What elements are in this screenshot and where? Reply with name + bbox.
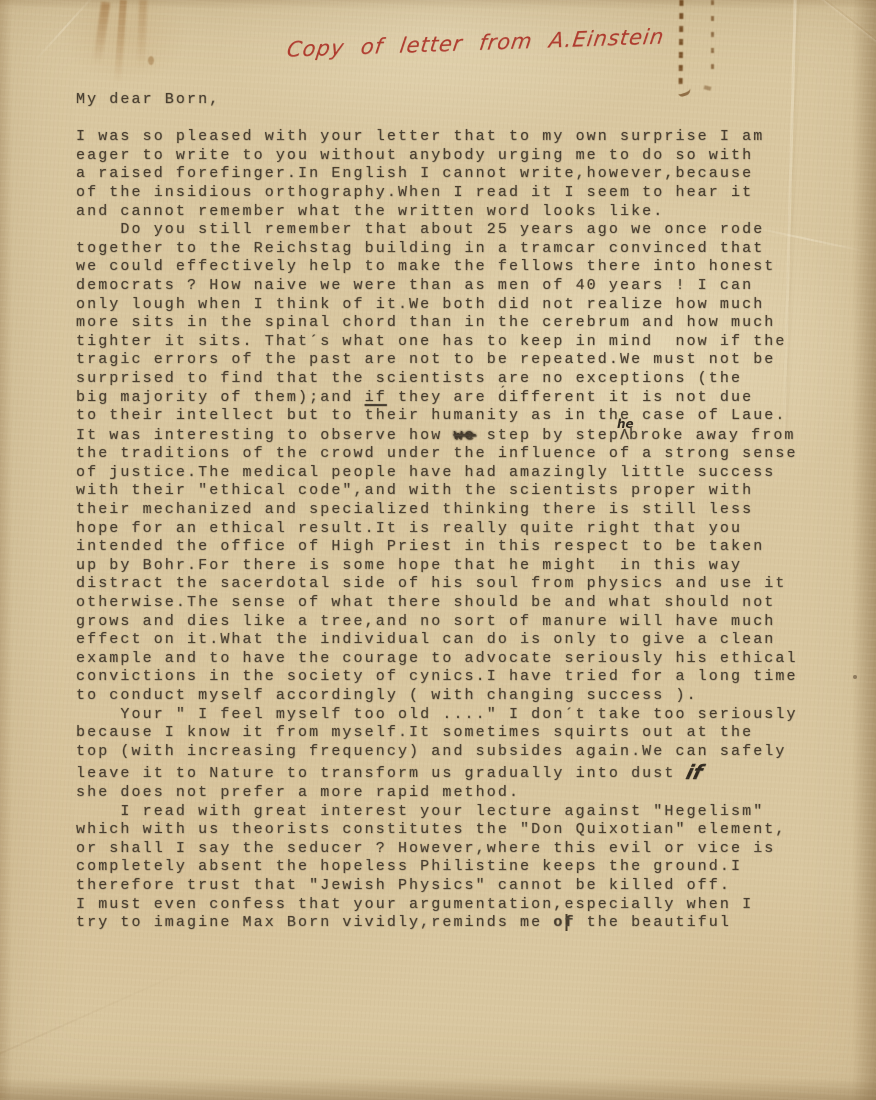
letter-segment: or shall I say the seducer ? However,whe…: [76, 840, 775, 857]
letter-segment: of the insidious orthography.When I read…: [76, 184, 753, 201]
letter-segment: tragic errors of the past are not to be …: [76, 351, 775, 368]
letter-line: tighter it sits. That´s what one has to …: [76, 333, 876, 352]
stitch-marks-left: [679, 0, 684, 90]
letter-body: My dear Born,I was so pleased with your …: [76, 91, 876, 933]
letter-line: we could effectively help to make the fe…: [76, 258, 876, 277]
letter-segment: My dear Born,: [76, 91, 220, 108]
letter-segment-hw: if: [684, 763, 704, 782]
letter-segment: their mechanized and specialized thinkin…: [76, 501, 753, 518]
letter-segment: more sits in the spinal chord than in th…: [76, 314, 775, 331]
letter-line: eager to write to you without anybody ur…: [76, 147, 876, 166]
letter-line: intended the office of High Priest in th…: [76, 538, 876, 557]
letter-segment: distract the sacerdotal side of his soul…: [76, 575, 787, 592]
letter-segment: a raised forefinger.In English I cannot …: [76, 165, 753, 182]
letter-segment: she does not prefer a more rapid method.: [76, 784, 520, 801]
rust-spot: [148, 56, 154, 65]
letter-segment-u: if: [365, 389, 387, 406]
letter-line: My dear Born,: [76, 91, 876, 110]
rust-streak: [114, 0, 127, 84]
letter-line: and cannot remember what the written wor…: [76, 203, 876, 222]
stitch-marks-right: [711, 0, 714, 80]
letter-segment-blot: of: [553, 914, 575, 931]
letter-segment: intended the office of High Priest in th…: [76, 538, 764, 555]
ink-spot: [704, 85, 712, 91]
letter-segment: try to imagine Max Born vividly,reminds …: [76, 914, 553, 931]
letter-segment: eager to write to you without anybody ur…: [76, 147, 753, 164]
letter-segment: therefore trust that "Jewish Physics" ca…: [76, 877, 731, 894]
letter-segment: up by Bohr.For there is some hope that h…: [76, 557, 742, 574]
crease: [33, 0, 98, 63]
letter-segment: the beautiful: [576, 914, 731, 931]
letter-line: distract the sacerdotal side of his soul…: [76, 575, 876, 594]
letter-line: [76, 110, 876, 129]
letter-line: tragic errors of the past are not to be …: [76, 351, 876, 370]
letter-line: top (with increasing frequency) and subs…: [76, 743, 876, 762]
letter-segment: Do you still remember that about 25 year…: [76, 221, 764, 238]
letter-segment: Your " I feel myself too old ...." I don…: [76, 706, 798, 723]
letter-segment: we could effectively help to make the fe…: [76, 258, 775, 275]
letter-segment: completely absent the hopeless Philistin…: [76, 858, 742, 875]
letter-line: It was interesting to observe how we ste…: [76, 426, 876, 446]
letter-line: big majority of them);and if they are ´d…: [76, 389, 876, 408]
letter-segment: convictions in the society of cynics.I h…: [76, 668, 798, 685]
letter-segment: tighter it sits. That´s what one has to …: [76, 333, 787, 350]
letter-segment: I read with great interest your lecture …: [76, 803, 764, 820]
letter-line: hope for an ethical result.It is really …: [76, 520, 876, 539]
letter-line: leave it to Nature to transform us gradu…: [76, 761, 876, 784]
letter-line: Your " I feel myself too old ...." I don…: [76, 706, 876, 725]
letter-segment: I must even confess that your argumentat…: [76, 896, 753, 913]
letter-segment: different it is not due: [498, 389, 753, 406]
letter-segment: otherwise.The sense of what there should…: [76, 594, 775, 611]
letter-segment: grows and dies like a tree,and no sort o…: [76, 613, 775, 630]
letter-line: with their "ethical code",and with the s…: [76, 482, 876, 501]
letter-line: more sits in the spinal chord than in th…: [76, 314, 876, 333]
letter-segment: leave it to Nature to transform us gradu…: [76, 765, 687, 782]
letter-line: of the insidious orthography.When I read…: [76, 184, 876, 203]
letter-line: only lough when I think of it.We both di…: [76, 296, 876, 315]
letter-line: a raised forefinger.In English I cannot …: [76, 165, 876, 184]
letter-segment: hope for an ethical result.It is really …: [76, 520, 742, 537]
letter-segment: and cannot remember what the written wor…: [76, 203, 664, 220]
letter-line: up by Bohr.For there is some hope that h…: [76, 557, 876, 576]
letter-line: I was so pleased with your letter that t…: [76, 128, 876, 147]
letter-segment: the traditions of the crowd under the in…: [76, 445, 798, 462]
letter-segment: together to the Reichstag building in a …: [76, 240, 764, 257]
letter-segment: step by step: [476, 427, 620, 444]
letter-segment: democrats ? How naive we were than as me…: [76, 277, 753, 294]
letter-line: which with us theorists constitutes the …: [76, 821, 876, 840]
rust-streak: [137, 0, 147, 70]
letter-segment: I was so pleased with your letter that t…: [76, 128, 764, 145]
letter-segment: of justice.The medical people have had a…: [76, 464, 775, 481]
letter-line: example and to have the courage to advoc…: [76, 650, 876, 669]
letter-page: Copy of letter from A.Einstein My dear B…: [0, 0, 876, 1100]
handwritten-annotation: Copy of letter from A.Einstein: [285, 24, 666, 61]
letter-line: therefore trust that "Jewish Physics" ca…: [76, 877, 876, 896]
letter-line: of justice.The medical people have had a…: [76, 464, 876, 483]
letter-line: convictions in the society of cynics.I h…: [76, 668, 876, 687]
letter-line: completely absent the hopeless Philistin…: [76, 858, 876, 877]
letter-segment-xo: we: [453, 427, 475, 444]
crease: [795, 0, 876, 82]
letter-segment: effect on it.What the individual can do …: [76, 631, 775, 648]
letter-line: she does not prefer a more rapid method.: [76, 784, 876, 803]
letter-segment: because I know it from myself.It sometim…: [76, 724, 753, 741]
letter-segment: which with us theorists constitutes the …: [76, 821, 787, 838]
letter-line: democrats ? How naive we were than as me…: [76, 277, 876, 296]
letter-line: I must even confess that your argumentat…: [76, 896, 876, 915]
letter-line: try to imagine Max Born vividly,reminds …: [76, 914, 876, 933]
letter-segment: top (with increasing frequency) and subs…: [76, 743, 787, 760]
letter-segment: broke away from: [629, 427, 796, 444]
letter-line: grows and dies like a tree,and no sort o…: [76, 613, 876, 632]
letter-line: surprised to find that the scientists ar…: [76, 370, 876, 389]
letter-segment: only lough when I think of it.We both di…: [76, 296, 764, 313]
crease: [0, 955, 219, 1063]
letter-line: to their intellect but to their humanity…: [76, 407, 876, 426]
letter-line: the traditions of the crowd under the in…: [76, 445, 876, 464]
letter-segment: to conduct myself accordingly ( with cha…: [76, 687, 698, 704]
letter-segment: big majority of them);and: [76, 389, 365, 406]
letter-line: together to the Reichstag building in a …: [76, 240, 876, 259]
letter-line: otherwise.The sense of what there should…: [76, 594, 876, 613]
letter-line: their mechanized and specialized thinkin…: [76, 501, 876, 520]
letter-line: to conduct myself accordingly ( with cha…: [76, 687, 876, 706]
letter-line: because I know it from myself.It sometim…: [76, 724, 876, 743]
letter-segment: It was interesting to observe how: [76, 427, 453, 444]
letter-segment: with their "ethical code",and with the s…: [76, 482, 753, 499]
letter-line: effect on it.What the individual can do …: [76, 631, 876, 650]
letter-segment: to their intellect but to their humanity…: [76, 407, 787, 424]
letter-line: Do you still remember that about 25 year…: [76, 221, 876, 240]
letter-line: I read with great interest your lecture …: [76, 803, 876, 822]
letter-segment: surprised to find that the scientists ar…: [76, 370, 742, 387]
rust-streak: [93, 2, 111, 65]
letter-segment: example and to have the courage to advoc…: [76, 650, 798, 667]
letter-line: or shall I say the seducer ? However,whe…: [76, 840, 876, 859]
letter-segment: they are: [387, 389, 498, 406]
